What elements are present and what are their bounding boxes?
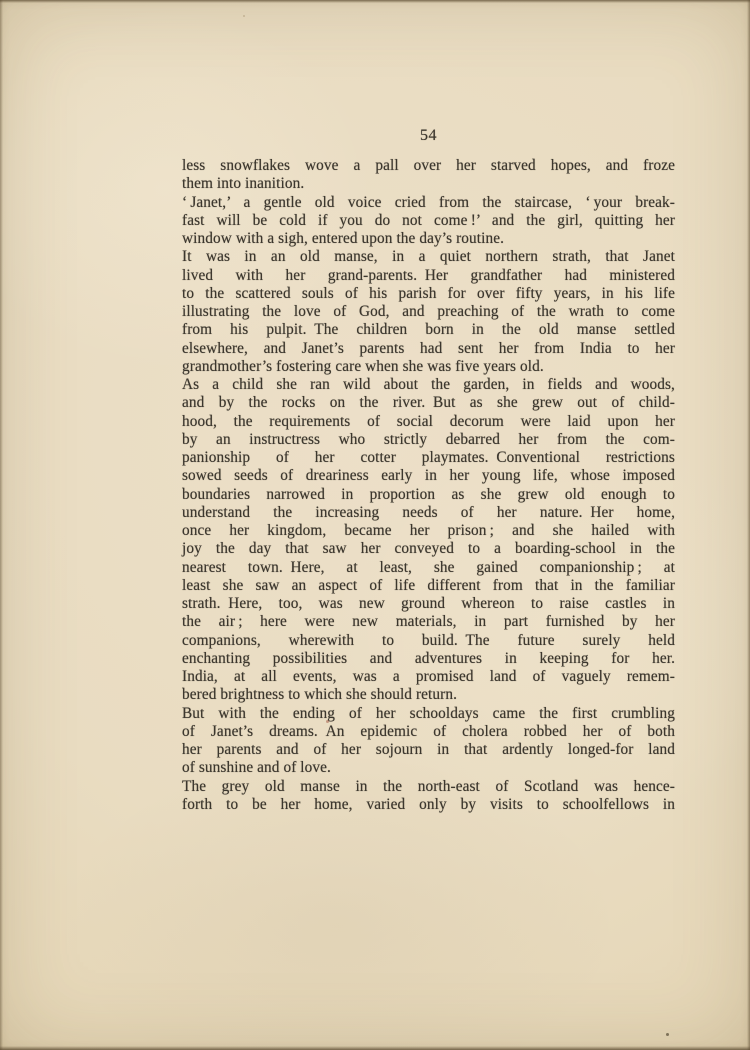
text-line: bered brightness to which she should ret…: [182, 686, 675, 704]
text-line: companions, wherewith to build. The futu…: [182, 632, 675, 650]
text-line: panionship of her cotter playmates. Conv…: [182, 449, 675, 467]
text-line: elsewhere, and Janet’s parents had sent …: [182, 340, 675, 358]
text-line: forth to be her home, varied only by vis…: [182, 796, 675, 814]
text-line: and by the rocks on the river. But as sh…: [182, 394, 675, 412]
scan-edge-left: [0, 0, 3, 1050]
text-line: once her kingdom, became her prison ; an…: [182, 522, 675, 540]
text-line: nearest town. Here, at least, she gained…: [182, 559, 675, 577]
text-line: less snowflakes wove a pall over her sta…: [182, 157, 675, 175]
text-line: ‘ Janet,’ a gentle old voice cried from …: [182, 194, 675, 212]
text-line: grandmother’s fostering care when she wa…: [182, 358, 675, 376]
text-line: But with the ending of her schooldays ca…: [182, 705, 675, 723]
text-line: of Janet’s dreams. An epidemic of choler…: [182, 723, 675, 741]
text-line: her parents and of her sojourn in that a…: [182, 741, 675, 759]
text-line: lived with her grand-parents. Her grandf…: [182, 267, 675, 285]
text-line: by an instructress who strictly debarred…: [182, 431, 675, 449]
text-line: illustrating the love of God, and preach…: [182, 303, 675, 321]
scan-edge-top: [0, 0, 750, 3]
text-line: sowed seeds of dreariness early in her y…: [182, 467, 675, 485]
text-line: The grey old manse in the north-east of …: [182, 778, 675, 796]
text-line: fast will be cold if you do not come !’ …: [182, 212, 675, 230]
text-line: to the scattered souls of his parish for…: [182, 285, 675, 303]
text-line: boundaries narrowed in proportion as she…: [182, 486, 675, 504]
text-line: them into inanition.: [182, 175, 675, 193]
text-line: window with a sigh, entered upon the day…: [182, 230, 675, 248]
dust-speck: [326, 720, 329, 723]
text-line: from his pulpit. The children born in th…: [182, 321, 675, 339]
text-line: strath. Here, too, was new ground whereo…: [182, 595, 675, 613]
book-page-scan: 54 less snowflakes wove a pall over her …: [0, 0, 750, 1050]
text-line: As a child she ran wild about the garden…: [182, 376, 675, 394]
text-line: least she saw an aspect of life differen…: [182, 577, 675, 595]
text-block: less snowflakes wove a pall over her sta…: [182, 157, 675, 814]
text-line: the air ; here were new materials, in pa…: [182, 613, 675, 631]
text-line: enchanting possibilities and adventures …: [182, 650, 675, 668]
text-line: India, at all events, was a promised lan…: [182, 668, 675, 686]
text-line: hood, the requirements of social decorum…: [182, 413, 675, 431]
dust-speck: [666, 1033, 669, 1036]
dust-speck: [243, 15, 245, 17]
text-line: joy the day that saw her conveyed to a b…: [182, 540, 675, 558]
text-line: understand the increasing needs of her n…: [182, 504, 675, 522]
scan-edge-bottom: [0, 1046, 750, 1050]
text-line: of sunshine and of love.: [182, 759, 675, 777]
text-line: It was in an old manse, in a quiet north…: [182, 248, 675, 266]
page-number: 54: [182, 127, 675, 145]
